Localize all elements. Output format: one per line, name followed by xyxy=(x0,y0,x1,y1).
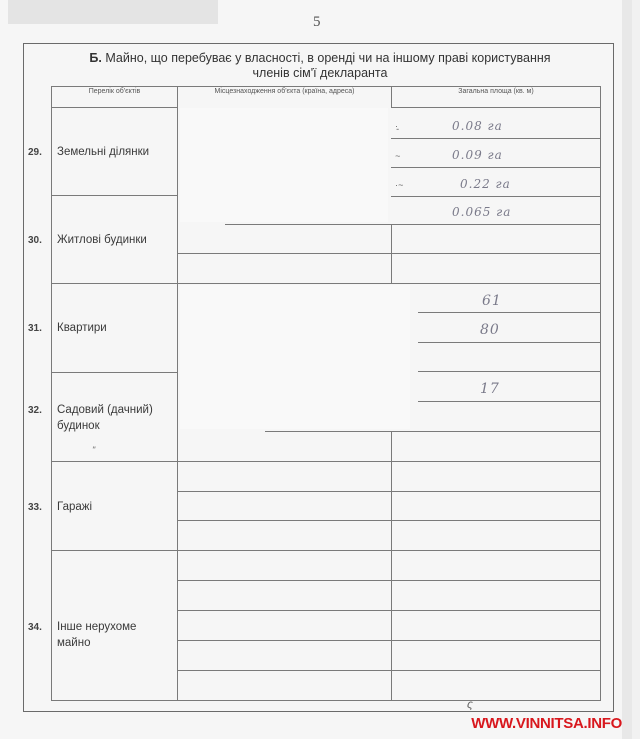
page-number: 5 xyxy=(313,14,321,31)
row31-line-1 xyxy=(418,312,600,313)
table-top-border xyxy=(51,86,601,87)
row31-row32-divider xyxy=(418,371,600,372)
document-page: 5 Б. Майно, що перебуває у власності, в … xyxy=(0,0,632,739)
row29-line-1 xyxy=(391,138,600,139)
row-label-garages: Гаражі xyxy=(57,499,92,515)
row-label-land-plots: Земельні ділянки xyxy=(57,144,149,160)
row32-line-2 xyxy=(265,431,600,432)
table-bottom-border xyxy=(51,700,601,701)
scan-edge xyxy=(622,0,632,739)
handwritten-mark: " xyxy=(92,445,95,455)
header-area: Загальна площа (кв. м) xyxy=(392,88,600,95)
row-label-garden-house: Садовий (дачний) будинок xyxy=(57,402,172,434)
row30-row31-divider xyxy=(51,283,600,284)
redacted-address-row29 xyxy=(180,108,388,222)
site-watermark: WWW.VINNITSA.INFO xyxy=(471,715,622,732)
area-value: 80 xyxy=(480,322,500,338)
row30-line-1 xyxy=(177,253,600,254)
column-divider-1 xyxy=(177,86,178,700)
row31-line-2 xyxy=(418,342,600,343)
table-left-border xyxy=(51,86,52,700)
row-label-other-real-estate: Інше нерухоме майно xyxy=(57,619,152,651)
row32-line-1 xyxy=(418,401,600,402)
handwritten-mark: ς xyxy=(467,697,473,711)
row33-row34-divider xyxy=(51,550,600,551)
row29-line-3 xyxy=(391,196,600,197)
area-value: 0.09 га xyxy=(452,148,503,162)
row29-row30-divider-left xyxy=(51,195,177,196)
column-divider-2-row30 xyxy=(391,224,392,284)
section-title-line2: членів сім'ї декларанта xyxy=(40,66,600,81)
row29-line-2 xyxy=(391,167,600,168)
row34-line-3 xyxy=(177,640,600,641)
row-number: 34. xyxy=(28,622,42,633)
column-divider-2-lower xyxy=(391,431,392,700)
area-value: 17 xyxy=(480,381,500,397)
section-title-line1: Майно, що перебуває у власності, в оренд… xyxy=(102,51,551,65)
row34-line-2 xyxy=(177,610,600,611)
handwritten-mark: - xyxy=(396,124,399,134)
redacted-address-row31-32 xyxy=(180,285,410,429)
area-value: 0.08 га xyxy=(452,119,503,133)
section-title: Б. Майно, що перебуває у власності, в ор… xyxy=(40,51,600,81)
area-value: 61 xyxy=(482,293,502,309)
row-number: 31. xyxy=(28,323,42,334)
header-objects: Перелік об'єктів xyxy=(52,88,177,95)
row-number: 30. xyxy=(28,235,42,246)
table-right-border xyxy=(600,86,601,700)
header-divider-left xyxy=(51,107,177,108)
scan-shadow xyxy=(8,0,218,24)
row33-line-2 xyxy=(177,520,600,521)
area-value: 0.065 га xyxy=(452,205,511,219)
row-number: 29. xyxy=(28,147,42,158)
row33-line-1 xyxy=(177,491,600,492)
row34-line-4 xyxy=(177,670,600,671)
row29-row30-divider xyxy=(225,224,600,225)
row-number: 33. xyxy=(28,502,42,513)
handwritten-mark: ~ xyxy=(395,151,400,161)
header-divider-right xyxy=(391,107,600,108)
row-label-residential-houses: Житлові будинки xyxy=(57,232,147,248)
section-letter: Б. xyxy=(89,51,101,65)
row34-line-1 xyxy=(177,580,600,581)
row-label-apartments: Квартири xyxy=(57,320,107,336)
area-value: 0.22 га xyxy=(460,177,511,191)
row31-row32-divider-left xyxy=(51,372,177,373)
row32-row33-divider xyxy=(51,461,600,462)
header-location: Місцезнаходження об'єкта (країна, адреса… xyxy=(178,88,391,95)
row-number: 32. xyxy=(28,405,42,416)
handwritten-mark: ·~ xyxy=(395,180,403,190)
